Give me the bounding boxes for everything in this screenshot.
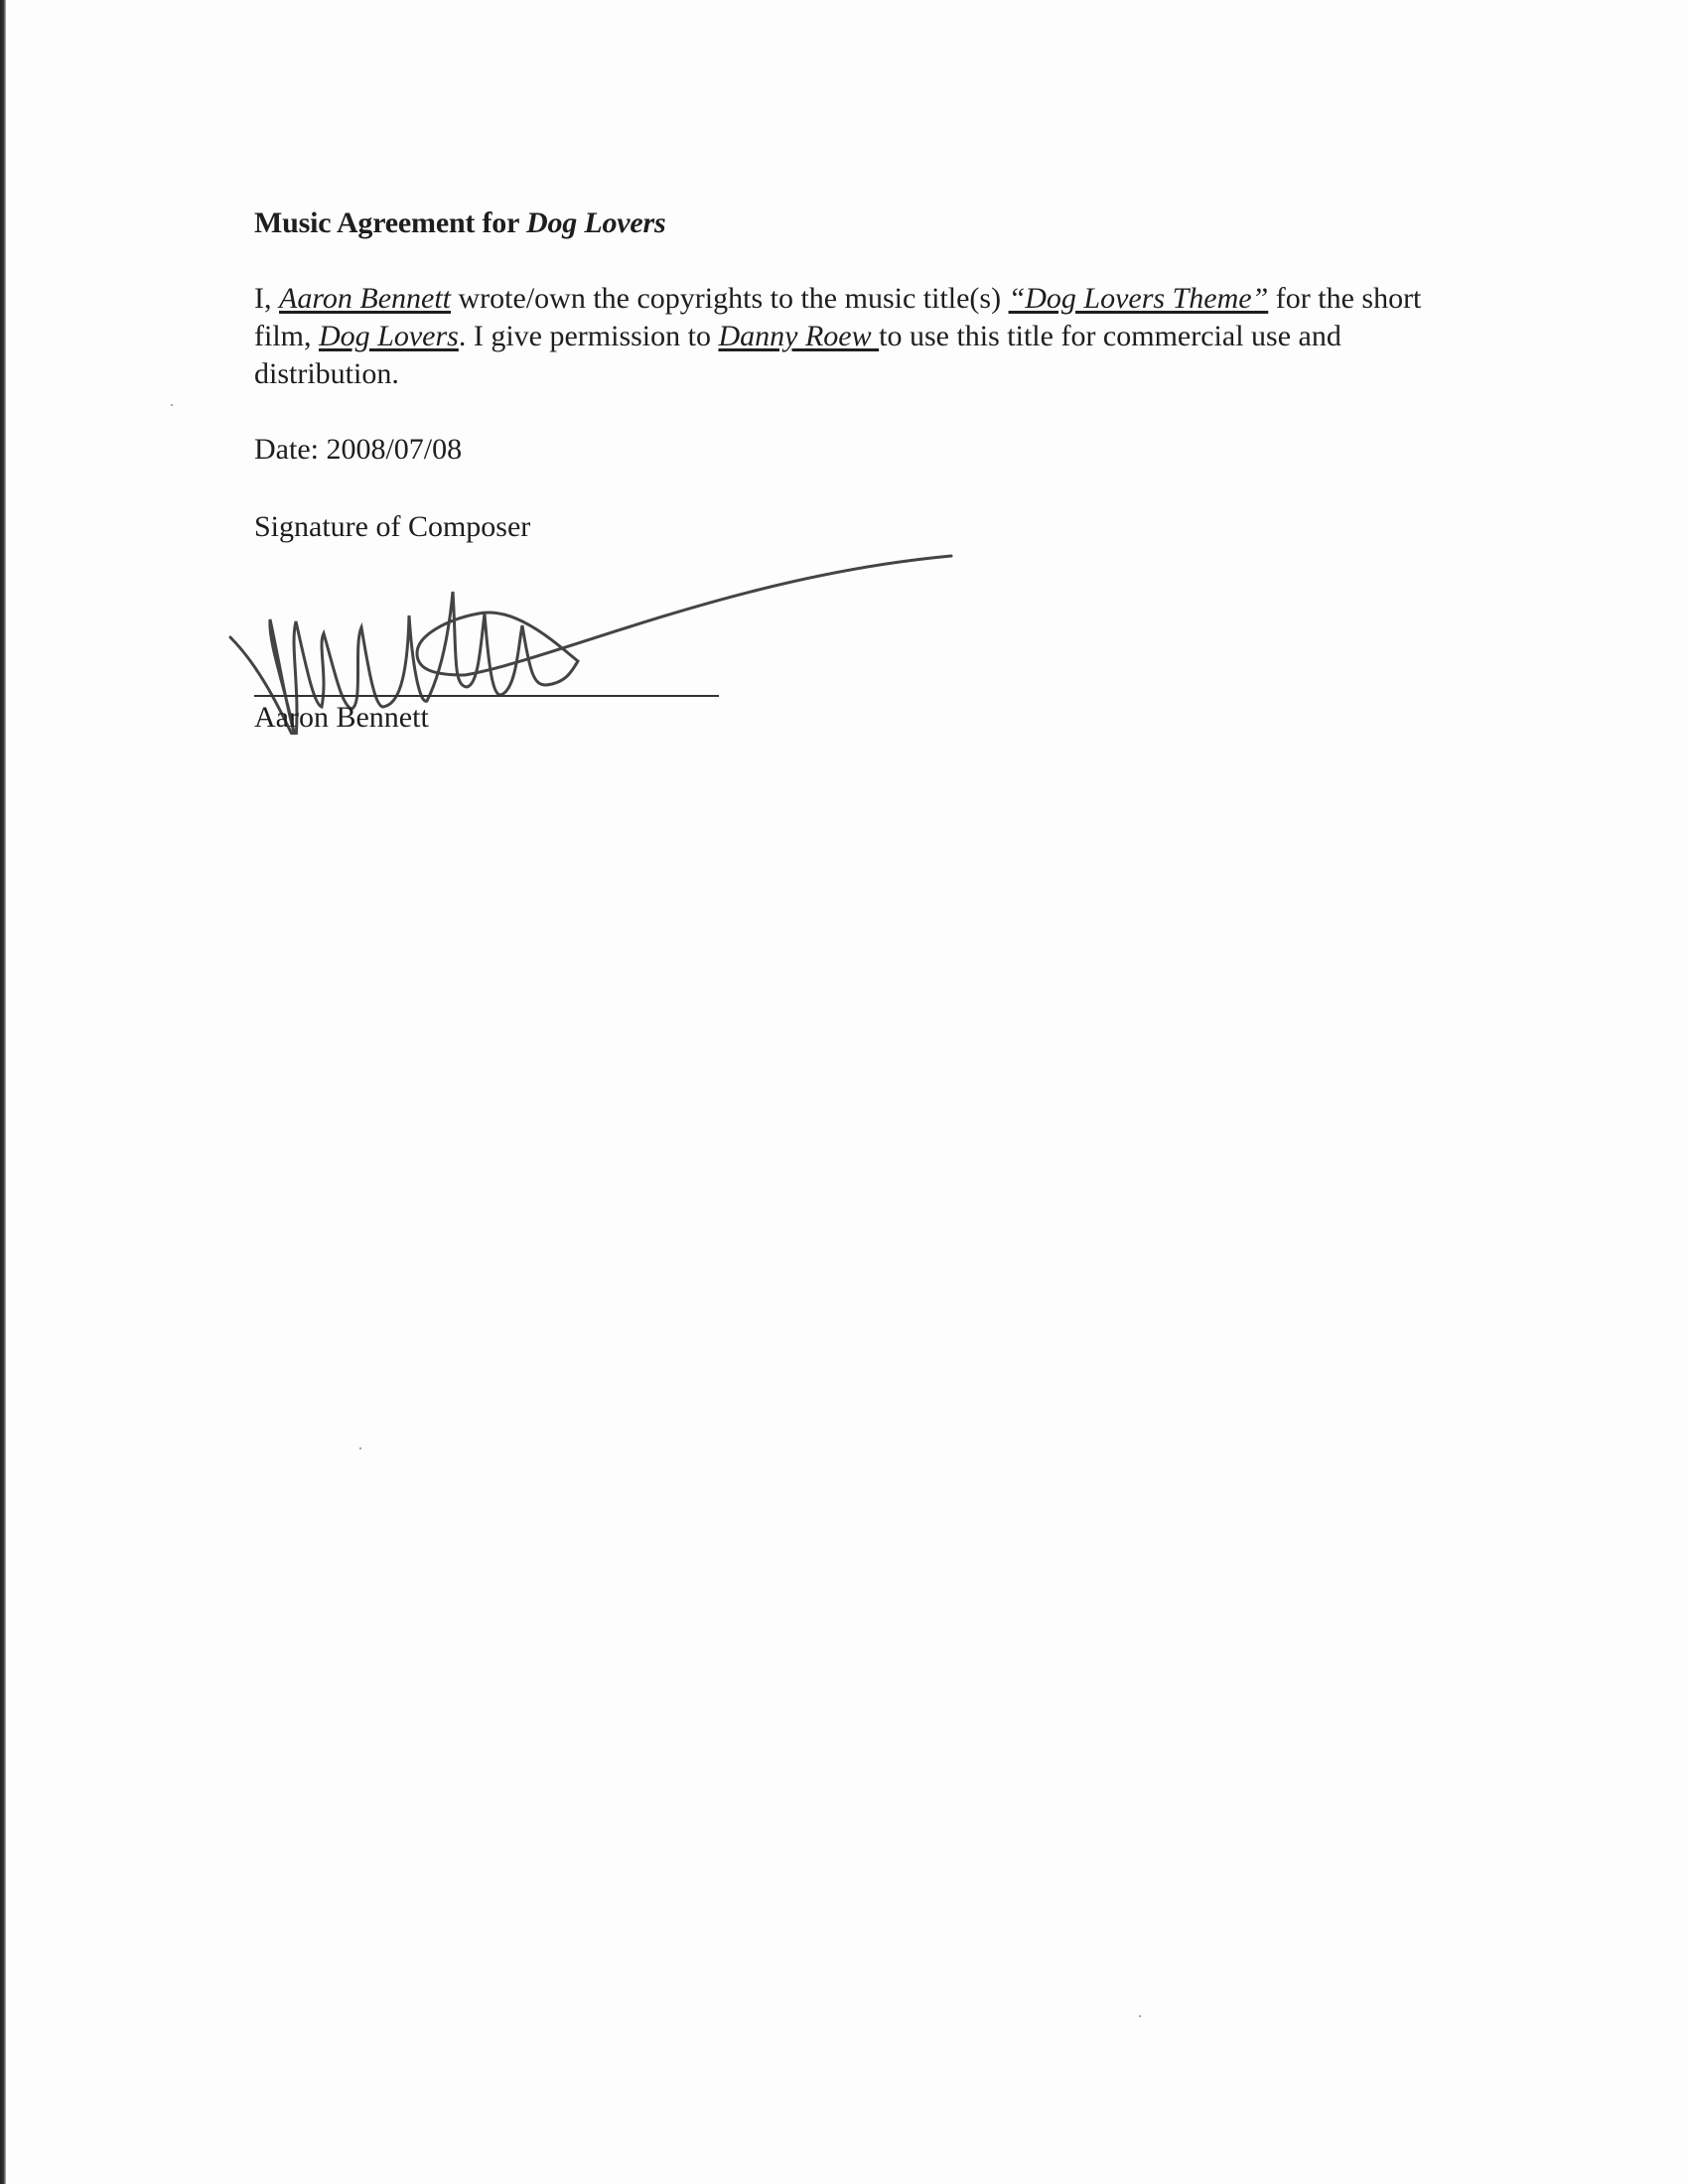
document-title: Music Agreement for Dog Lovers (254, 206, 665, 240)
agreement-date: Date: 2008/07/08 (254, 433, 462, 467)
date-value: 2008/07/08 (326, 433, 462, 466)
scan-edge (0, 0, 6, 2184)
agreement-paragraph: I, Aaron Bennett wrote/own the copyright… (254, 280, 1446, 393)
film-title: Dog Lovers (526, 206, 665, 239)
signature-line (254, 695, 719, 697)
signer-name: Aaron Bennett (254, 701, 429, 735)
music-title: “Dog Lovers Theme” (1009, 282, 1269, 315)
licensee-name: Danny Roew (718, 320, 879, 352)
composer-name: Aaron Bennett (279, 282, 451, 315)
scan-speck (171, 404, 173, 406)
scan-speck (1139, 2015, 1141, 2017)
scan-speck (359, 1447, 361, 1449)
film-name: Dog Lovers (319, 320, 459, 352)
